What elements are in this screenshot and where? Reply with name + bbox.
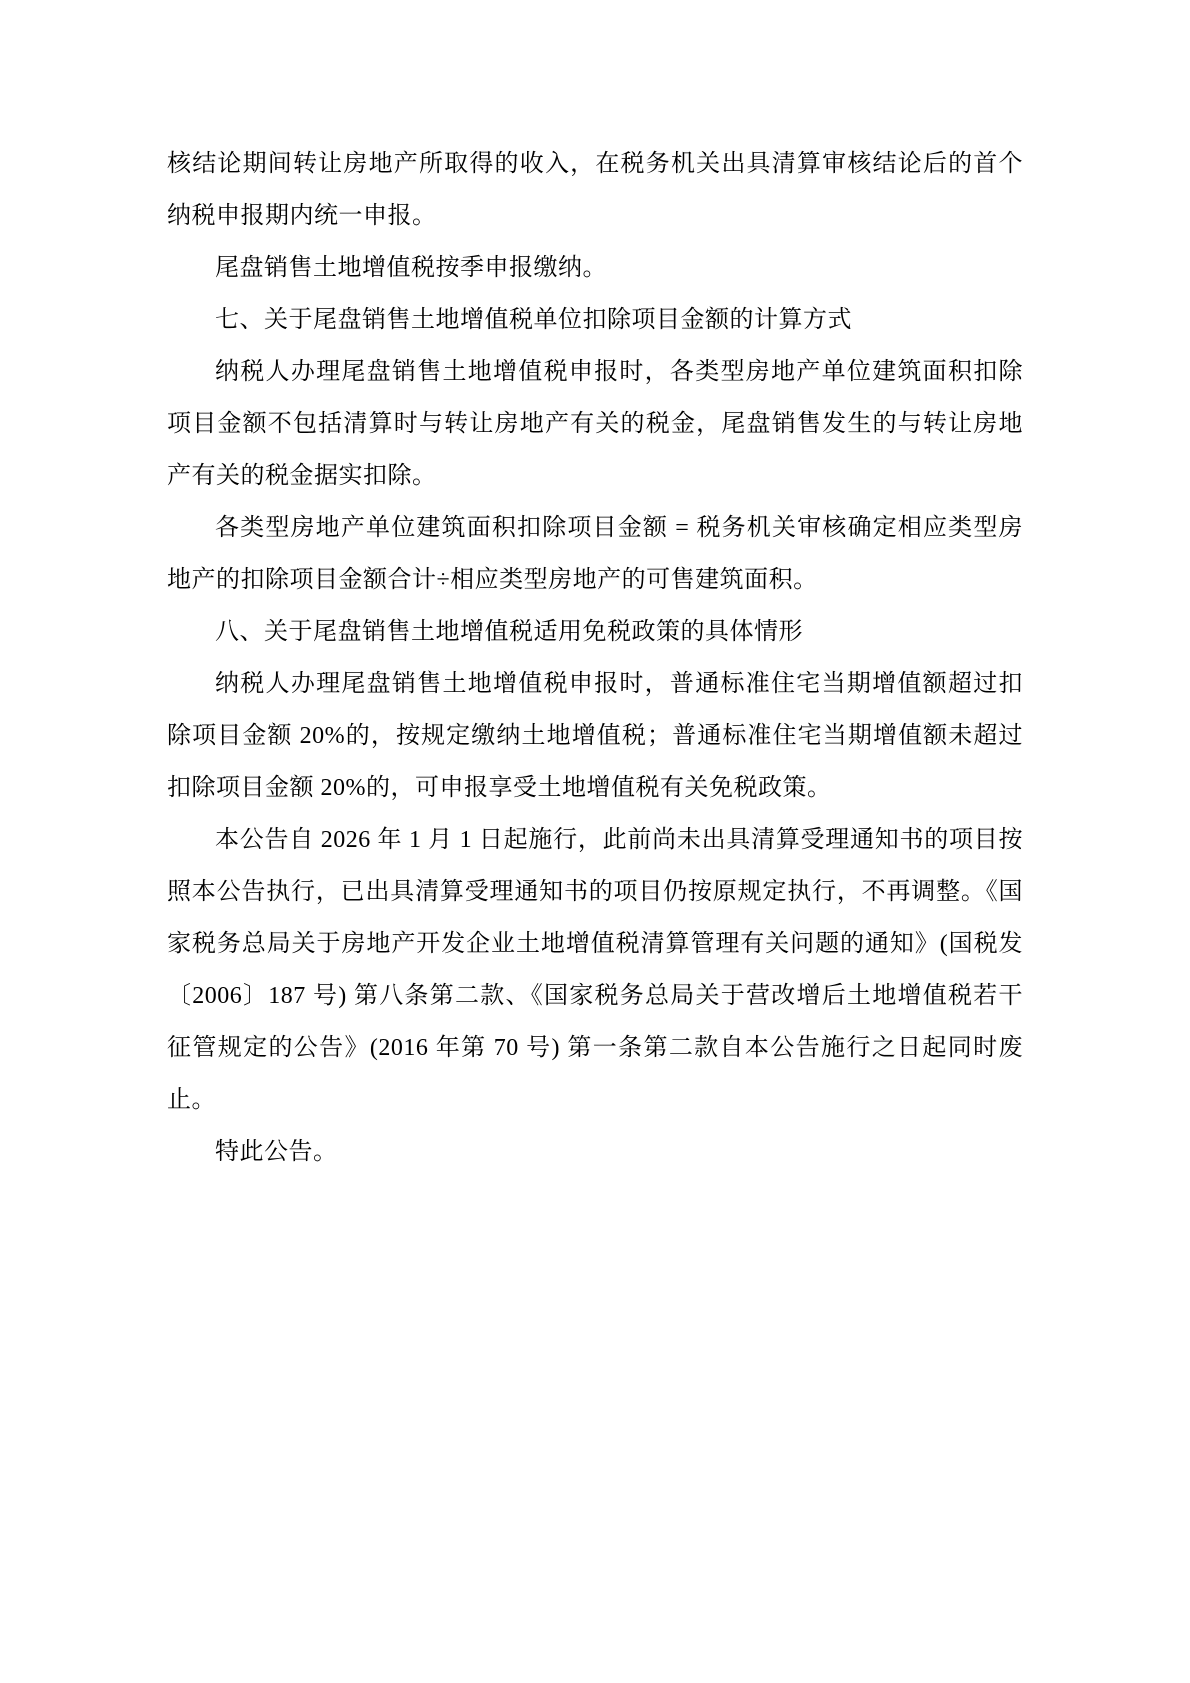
paragraph-quarterly-filing: 尾盘销售土地增值税按季申报缴纳。 xyxy=(167,242,1023,294)
document-page: 核结论期间转让房地产所取得的收入，在税务机关出具清算审核结论后的首个纳税申报期内… xyxy=(0,0,1190,1683)
paragraph-closing: 特此公告。 xyxy=(167,1126,1023,1178)
section-7-formula: 各类型房地产单位建筑面积扣除项目金额 = 税务机关审核确定相应类型房地产的扣除项… xyxy=(167,502,1023,606)
section-7-body: 纳税人办理尾盘销售土地增值税申报时，各类型房地产单位建筑面积扣除项目金额不包括清… xyxy=(167,346,1023,502)
section-8-body: 纳税人办理尾盘销售土地增值税申报时，普通标准住宅当期增值额超过扣除项目金额 20… xyxy=(167,658,1023,814)
paragraph-continuation: 核结论期间转让房地产所取得的收入，在税务机关出具清算审核结论后的首个纳税申报期内… xyxy=(167,138,1023,242)
paragraph-effective-date-and-repeal: 本公告自 2026 年 1 月 1 日起施行，此前尚未出具清算受理通知书的项目按… xyxy=(167,814,1023,1126)
section-7-heading: 七、关于尾盘销售土地增值税单位扣除项目金额的计算方式 xyxy=(167,294,1023,346)
document-text-block: 核结论期间转让房地产所取得的收入，在税务机关出具清算审核结论后的首个纳税申报期内… xyxy=(167,138,1023,1178)
section-8-heading: 八、关于尾盘销售土地增值税适用免税政策的具体情形 xyxy=(167,606,1023,658)
